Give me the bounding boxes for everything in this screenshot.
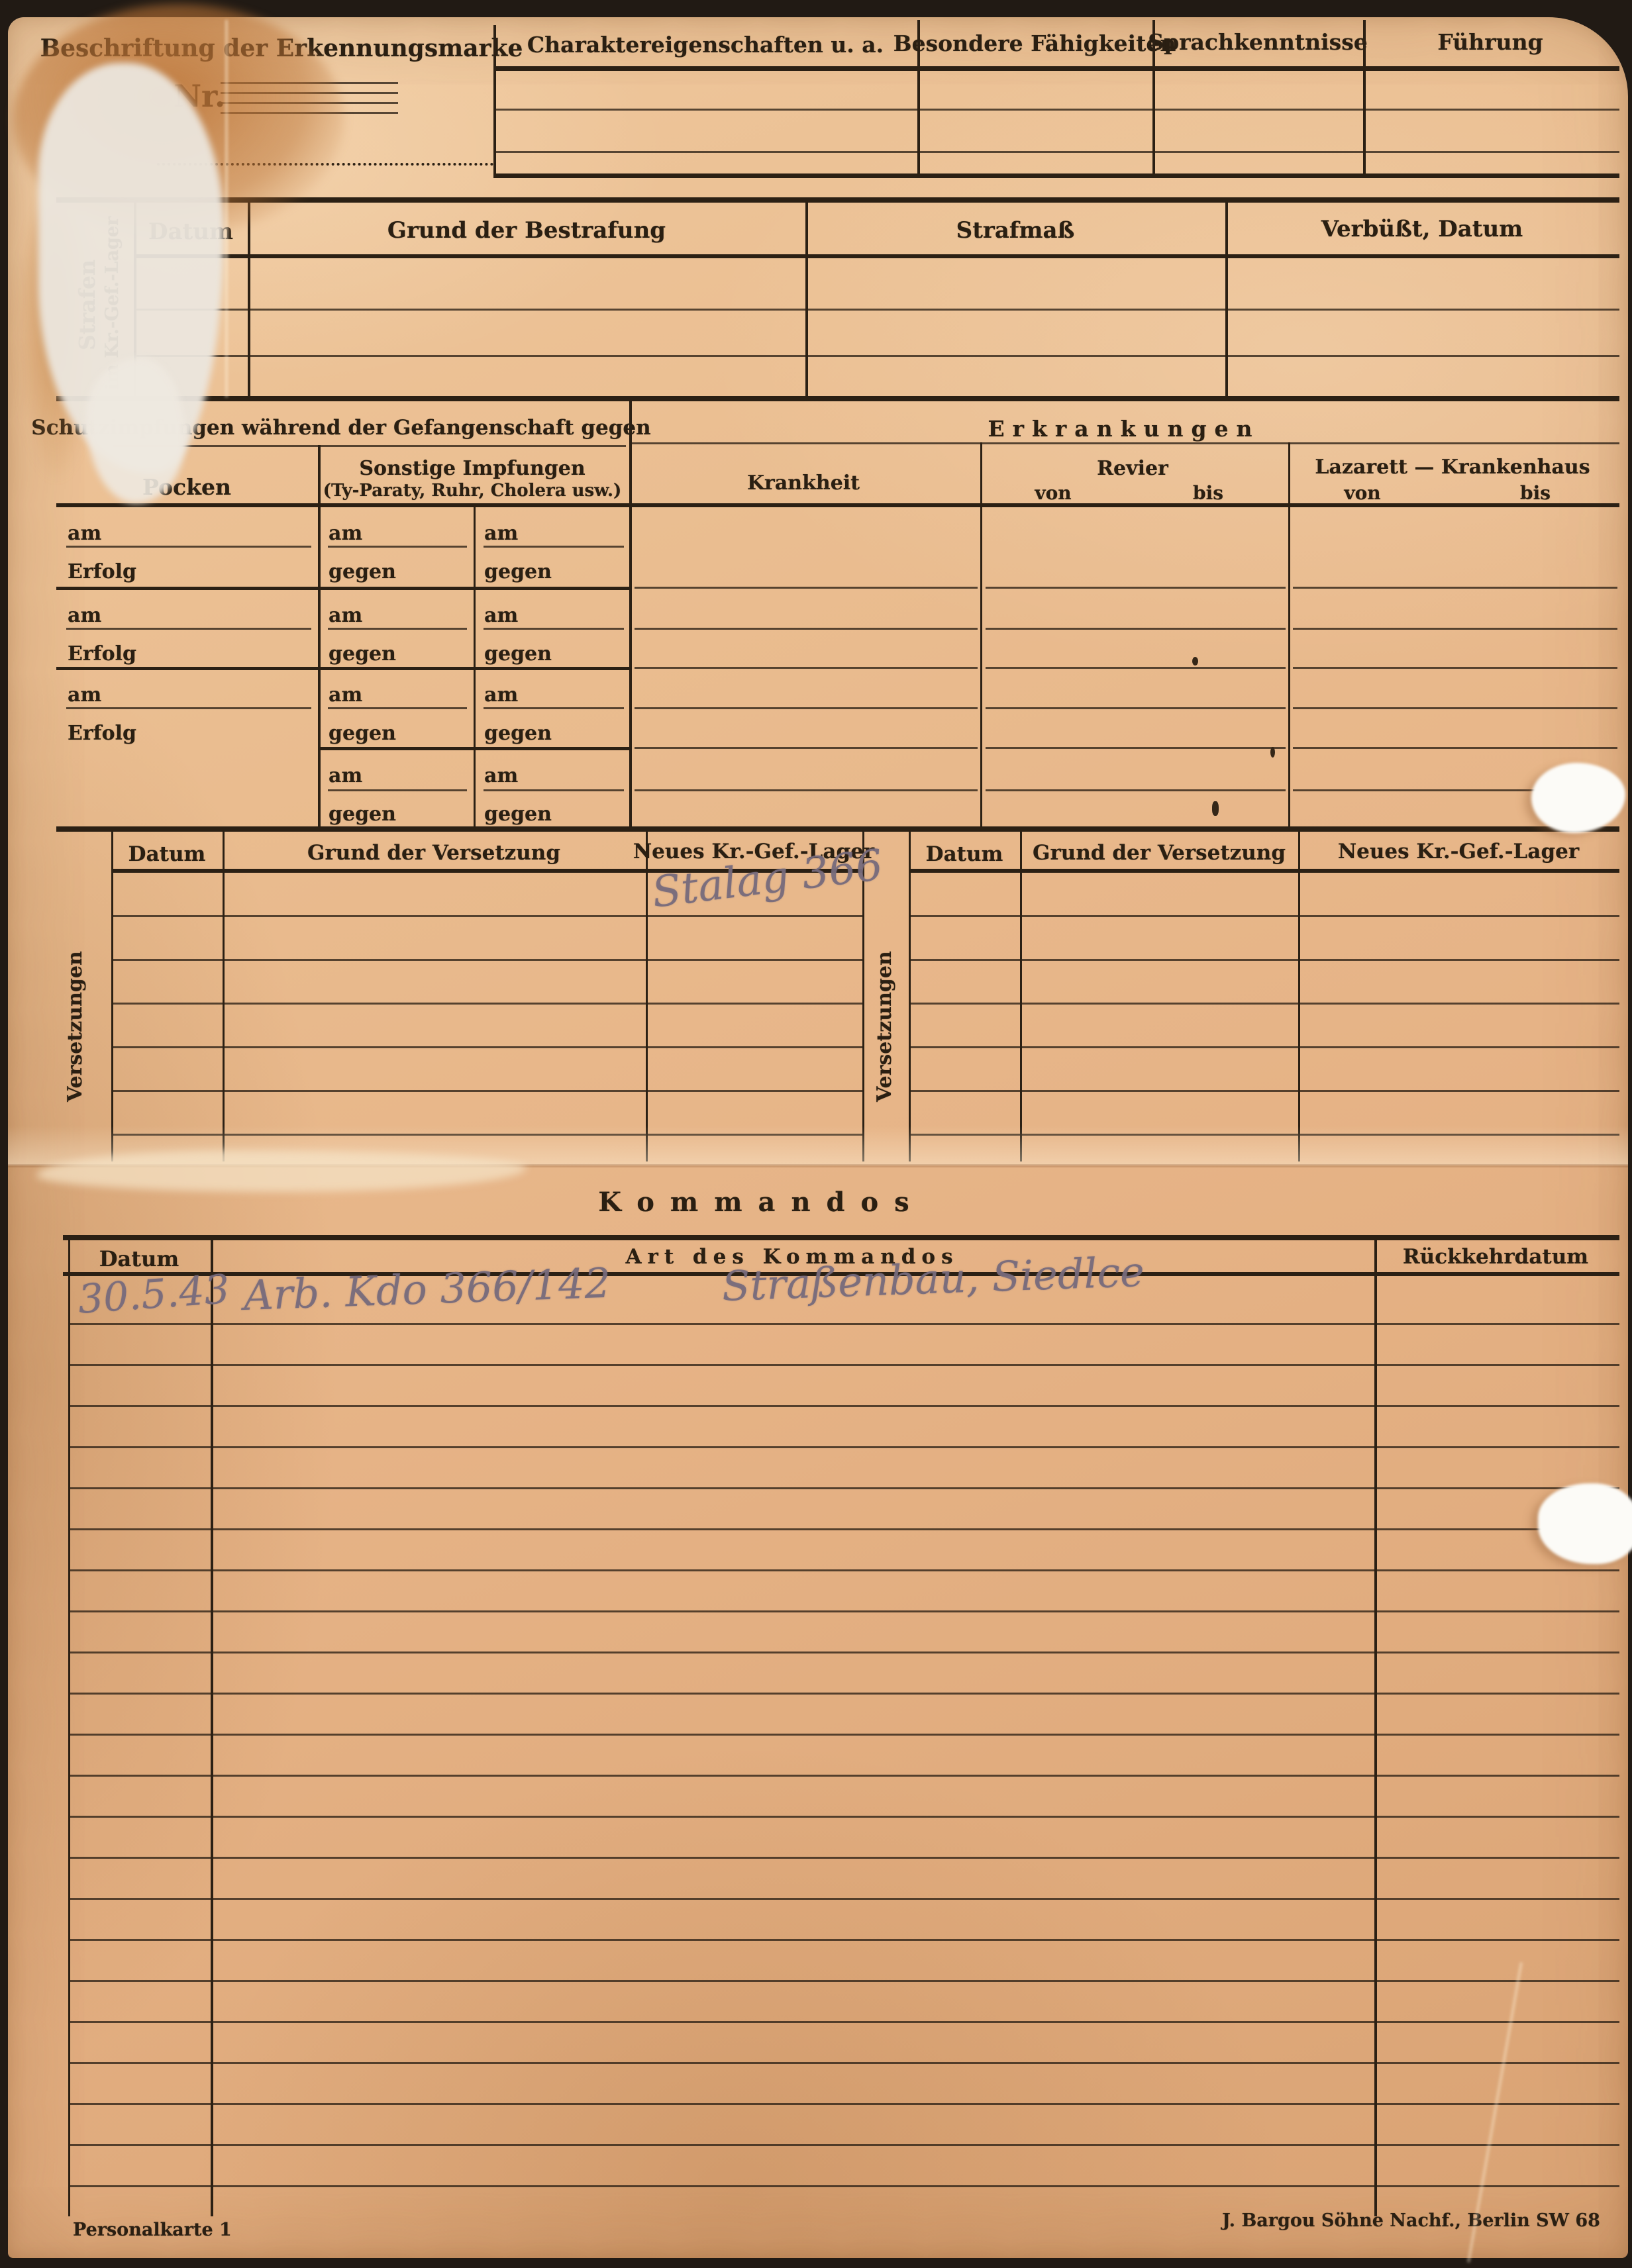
rule-line — [68, 2062, 1619, 2064]
ink-speck — [1212, 801, 1219, 816]
rule-line — [909, 1046, 1619, 1048]
divider-line — [1288, 442, 1290, 832]
rule-line — [68, 1980, 1619, 1982]
impfung-row-label: am — [484, 604, 518, 627]
assessment-col-header: Besondere Fähigkeiten — [893, 30, 1176, 56]
divider-line — [1225, 197, 1228, 399]
divider-line — [1298, 828, 1300, 1161]
revier-bis-label: bis — [1193, 482, 1223, 504]
rule-line — [328, 628, 467, 630]
rule-line — [68, 1446, 1619, 1448]
rule-line — [68, 1323, 1619, 1325]
lazarett-bis-label: bis — [1520, 482, 1551, 504]
rule-line — [631, 442, 1619, 444]
footer-form-name: Personalkarte 1 — [73, 2220, 232, 2240]
section-border-line — [63, 1235, 1619, 1240]
rule-line — [68, 1939, 1619, 1941]
rule-line — [909, 1090, 1619, 1092]
rule-line — [484, 628, 624, 630]
assessment-col-header: Sprachkenntnisse — [1148, 29, 1368, 55]
rule-line — [986, 628, 1286, 630]
rule-line — [56, 667, 629, 670]
rule-line — [635, 587, 978, 589]
rule-line — [1293, 628, 1617, 630]
rule-line — [66, 628, 311, 630]
impfung-row-label: am — [484, 522, 518, 545]
divider-line — [1152, 20, 1155, 178]
pocken-row-label: am — [68, 604, 101, 627]
impfung-row-label: gegen — [484, 803, 552, 826]
pocken-row-label: Erfolg — [68, 722, 136, 745]
rule-line — [328, 707, 467, 709]
rule-line — [134, 355, 1619, 357]
divider-line — [223, 828, 225, 1161]
rule-line — [328, 546, 467, 548]
impfung-row-label: gegen — [329, 803, 396, 826]
kommandos-col-header: Datum — [99, 1246, 179, 1271]
rule-line — [111, 1090, 862, 1092]
rule-line — [1293, 747, 1617, 749]
transfers-side-label: Versetzungen — [873, 907, 896, 1146]
pocken-row-label: Erfolg — [68, 560, 136, 583]
rule-line — [328, 789, 467, 791]
rule-line — [484, 707, 624, 709]
rule-line — [986, 667, 1286, 669]
divider-line — [318, 445, 321, 832]
krankheit-col-header: Krankheit — [747, 471, 860, 495]
lazarett-von-label: von — [1344, 482, 1380, 504]
rule-line — [909, 915, 1619, 917]
transfers-col-header: Datum — [128, 842, 206, 866]
rule-line — [986, 747, 1286, 749]
rule-line — [635, 707, 978, 709]
divider-line — [68, 1235, 70, 2216]
sonstige-col-header: Sonstige Impfungen — [359, 457, 585, 480]
divider-line — [248, 197, 250, 399]
rule-line — [68, 1364, 1619, 1366]
rule-line — [986, 789, 1286, 791]
divider-line — [1020, 828, 1022, 1161]
pocken-row-label: am — [68, 683, 101, 707]
impfung-row-label: am — [329, 522, 362, 545]
sonstige-col-subheader: (Ty-Paraty, Ruhr, Cholera usw.) — [323, 481, 622, 501]
rule-line — [66, 546, 311, 548]
footer-printer-imprint: J. Bargou Söhne Nachf., Berlin SW 68 — [1222, 2210, 1600, 2231]
rule-line — [56, 587, 629, 590]
rule-line — [68, 1569, 1619, 1571]
rule-line — [68, 1734, 1619, 1736]
ink-speck — [1270, 747, 1275, 758]
section-border-line — [56, 826, 1619, 832]
rule-line — [1293, 707, 1617, 709]
rule-line — [986, 707, 1286, 709]
ink-speck — [1192, 657, 1198, 666]
kommandos-title: Kommandos — [598, 1187, 925, 1218]
rule-line — [134, 254, 1619, 258]
hole-punch — [1538, 1483, 1632, 1564]
transfers-col-header: Datum — [926, 842, 1003, 866]
rule-line — [68, 1816, 1619, 1818]
punishments-col-header: Strafmaß — [956, 217, 1075, 244]
divider-line — [805, 197, 808, 399]
divider-line — [917, 20, 920, 178]
rule-line — [68, 1405, 1619, 1407]
rule-line — [111, 959, 862, 961]
impfung-row-label: am — [329, 604, 362, 627]
transfers-col-header: Grund der Versetzung — [1033, 841, 1286, 865]
impfung-row-label: gegen — [484, 642, 552, 666]
pocken-row-label: am — [68, 522, 101, 545]
lazarett-col-header: Lazarett — Krankenhaus — [1315, 456, 1590, 479]
revier-col-header: Revier — [1097, 457, 1168, 480]
rule-line — [68, 2103, 1619, 2105]
divider-line — [1363, 20, 1366, 178]
rule-line — [68, 2021, 1619, 2023]
impfung-row-label: gegen — [329, 642, 396, 666]
divider-line — [211, 1235, 213, 2216]
rule-line — [1293, 667, 1617, 669]
transfers-side-label: Versetzungen — [64, 907, 87, 1146]
rule-line — [68, 1610, 1619, 1612]
section-border-line — [56, 396, 1619, 401]
punishments-col-header: Grund der Bestrafung — [387, 217, 666, 244]
impfung-row-label: gegen — [484, 722, 552, 745]
divider-line — [629, 396, 632, 832]
kommandos-col-header: Rückkehrdatum — [1403, 1245, 1588, 1269]
divider-line — [980, 442, 982, 832]
rule-line — [635, 747, 978, 749]
pow-personalkarte-back-scan: Beschriftung der Erkennungsmarke Nr. Cha… — [0, 0, 1632, 2268]
impfung-row-label: gegen — [484, 560, 552, 583]
rule-line — [111, 1046, 862, 1048]
illnesses-header: Erkrankungen — [988, 416, 1260, 442]
rule-line — [111, 915, 862, 917]
rule-line — [68, 2144, 1619, 2146]
impfung-row-label: am — [484, 683, 518, 707]
transfers-col-header: Grund der Versetzung — [307, 841, 560, 865]
rule-line — [909, 959, 1619, 961]
punishments-col-header: Verbüßt, Datum — [1321, 216, 1523, 242]
divider-line — [909, 828, 911, 1161]
rule-line — [493, 66, 1619, 71]
rule-line — [68, 1528, 1619, 1530]
divider-line — [111, 828, 113, 1161]
transfers-col-header: Neues Kr.-Gef.-Lager — [1338, 840, 1579, 863]
rule-line — [68, 1775, 1619, 1777]
impfung-row-label: am — [329, 683, 362, 707]
divider-line — [493, 25, 496, 178]
rule-line — [318, 747, 629, 750]
impfung-row-label: gegen — [329, 560, 396, 583]
assessment-col-header: Führung — [1437, 29, 1543, 55]
rule-line — [113, 445, 626, 447]
rule-line — [493, 173, 1619, 178]
rule-line — [56, 503, 1619, 507]
rule-line — [986, 587, 1286, 589]
rule-line — [134, 309, 1619, 311]
paper-crease — [225, 20, 228, 397]
rule-line — [635, 667, 978, 669]
rule-line — [68, 1898, 1619, 1900]
rule-line — [909, 1003, 1619, 1005]
rule-line — [68, 1487, 1619, 1489]
rule-line — [68, 2185, 1619, 2187]
rule-line — [484, 546, 624, 548]
divider-line — [1374, 1235, 1377, 2216]
rule-line — [68, 1652, 1619, 1653]
revier-von-label: von — [1035, 482, 1071, 504]
rule-line — [111, 1003, 862, 1005]
assessment-col-header: Charaktereigenschaften u. a. — [527, 32, 884, 58]
impfung-row-label: gegen — [329, 722, 396, 745]
rule-line — [635, 789, 978, 791]
rule-line — [68, 1857, 1619, 1859]
pocken-row-label: Erfolg — [68, 642, 136, 666]
divider-line — [646, 828, 648, 1161]
rule-line — [635, 628, 978, 630]
rule-line — [909, 869, 1619, 873]
rule-line — [66, 707, 311, 709]
rule-line — [493, 151, 1619, 153]
impfung-row-label: am — [484, 764, 518, 787]
rule-line — [1293, 587, 1617, 589]
rule-line — [484, 789, 624, 791]
impfung-row-label: am — [329, 764, 362, 787]
rule-line — [68, 1693, 1619, 1695]
rule-line — [493, 109, 1619, 111]
